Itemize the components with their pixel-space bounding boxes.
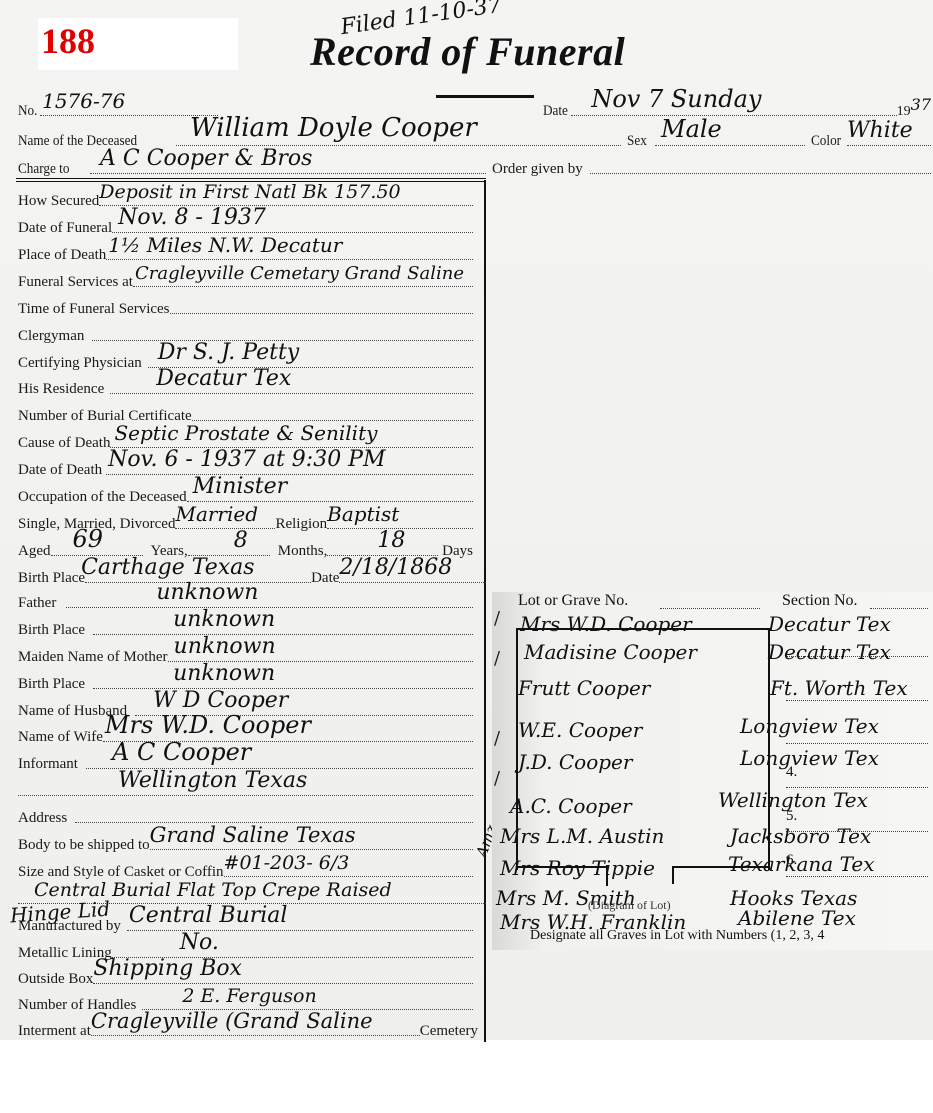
field-label: His Residence: [18, 381, 104, 398]
tick-mark: /: [494, 768, 500, 789]
order-given-by-label: Order given by: [492, 161, 590, 178]
survivor-name: Mrs Roy Tippie: [500, 856, 655, 880]
record-number-label: No.: [18, 103, 37, 120]
survivor-place: Decatur Tex: [768, 612, 891, 636]
field-label: Informant: [18, 756, 78, 773]
field-value: unknown: [173, 661, 275, 686]
field-value: Cragleyville Cemetary Grand Saline: [135, 263, 464, 284]
charge-to-value: A C Cooper & Bros: [100, 146, 312, 171]
birth-place-value: Carthage Texas: [81, 555, 255, 580]
field-value: 2 E. Ferguson: [182, 985, 316, 1007]
page-title: Record of Funeral: [310, 28, 625, 75]
field-label: Funeral Services at: [18, 274, 133, 291]
survivor-place: Jacksboro Tex: [730, 824, 871, 848]
religion-label: Religion: [275, 516, 327, 533]
field-funeral-services-at: Funeral Services at Cragleyville Cemetar…: [18, 267, 473, 291]
field-casket-size-style: Size and Style of Casket or Coffin #01-2…: [18, 857, 473, 881]
aged-months-label: Months,: [278, 543, 328, 560]
field-label: Date of Death: [18, 462, 102, 479]
field-value: Minister: [193, 474, 287, 499]
field-label: How Secured: [18, 193, 99, 210]
survivor-name: W.E. Cooper: [518, 718, 642, 742]
field-label: Father: [18, 595, 56, 612]
aged-months-value: 8: [234, 528, 248, 553]
field-body-shipped-to: Body to be shipped to Grand Saline Texas: [18, 830, 473, 854]
field-value: #01-203- 6/3: [224, 852, 350, 874]
survivor-place: Decatur Tex: [768, 640, 891, 664]
field-value: Nov. 8 - 1937: [118, 205, 266, 230]
birth-place-label: Birth Place: [18, 570, 85, 587]
aged-days-value: 18: [377, 528, 405, 553]
field-value: unknown: [156, 580, 258, 605]
section-dots: [870, 608, 928, 609]
survivor-place: Abilene Tex: [738, 906, 856, 930]
left-panel-right-border: [484, 180, 486, 1042]
diagram-of-lot-label: (Diagram of Lot): [588, 898, 671, 913]
field-value: Shipping Box: [93, 956, 242, 981]
field-value: Deposit in First Natl Bk 157.50: [99, 181, 400, 203]
section-top-rule: [16, 178, 486, 179]
field-time-of-funeral-services: Time of Funeral Services: [18, 294, 473, 318]
field-label: Address: [18, 810, 67, 827]
record-number-field: No. 1576-76: [18, 96, 218, 120]
field-value: Septic Prostate & Senility: [114, 421, 377, 445]
record-number-value: 1576-76: [42, 89, 125, 113]
birth-date-value: 2/18/1868: [339, 555, 452, 580]
field-label: Birth Place: [18, 622, 85, 639]
field-label: Name of Wife: [18, 729, 103, 746]
field-label: Time of Funeral Services: [18, 301, 170, 318]
field-value: 1½ Miles N.W. Decatur: [108, 233, 342, 257]
survivor-place: Longview Tex: [740, 746, 879, 770]
tick-mark: /: [494, 648, 500, 669]
title-divider: [436, 95, 534, 98]
field-place-of-death: Place of Death 1½ Miles N.W. Decatur: [18, 240, 473, 264]
field-value: Decatur Tex: [156, 366, 291, 391]
lot-grave-label: Lot or Grave No.: [518, 592, 628, 610]
field-value: Nov. 6 - 1937 at 9:30 PM: [108, 447, 385, 472]
survivor-place: Wellington Tex: [718, 788, 868, 812]
field-value: Central Burial: [129, 903, 288, 928]
field-value: Grand Saline Texas: [150, 823, 356, 847]
religion-value: Baptist: [327, 502, 399, 526]
aged-label: Aged: [18, 543, 51, 560]
tick-mark: /: [494, 608, 500, 629]
field-label: Place of Death: [18, 247, 106, 264]
section-label: Section No.: [782, 592, 858, 610]
interment-suffix: Cemetery: [420, 1023, 478, 1040]
section-line-2: [786, 700, 928, 701]
field-label: Outside Box: [18, 971, 93, 988]
field-metallic-lining: Metallic Lining No.: [18, 938, 473, 962]
interment-value: Cragleyville (Grand Saline: [91, 1009, 373, 1033]
field-value: Dr S. J. Petty: [158, 340, 299, 365]
birth-date-label: Date: [311, 570, 339, 587]
page-number: 188: [41, 20, 95, 62]
field-value: unknown: [174, 634, 276, 659]
field-value: unknown: [173, 607, 275, 632]
color-value: White: [847, 118, 913, 143]
survivor-place: Texarkana Tex: [728, 852, 875, 876]
interment-label: Interment at: [18, 1023, 91, 1040]
field-his-residence: His Residence Decatur Tex: [18, 374, 473, 398]
survivor-name: A.C. Cooper: [510, 794, 632, 818]
section-line-3: [786, 743, 928, 744]
field-label: Occupation of the Deceased: [18, 489, 187, 506]
survivor-name: Madisine Cooper: [524, 640, 697, 664]
page-number-badge: 188: [38, 18, 238, 70]
field-label: Date of Funeral: [18, 220, 112, 237]
field-value: No.: [180, 930, 219, 955]
lot-grave-dots: [660, 608, 760, 609]
deceased-name-value: William Doyle Cooper: [190, 113, 477, 143]
record-year-suffix: 37: [911, 95, 931, 114]
charge-to-label: Charge to: [18, 161, 81, 178]
marital-value: Married: [175, 502, 258, 526]
tick-mark: /: [494, 728, 500, 749]
field-label: Maiden Name of Mother: [18, 649, 168, 666]
field-value: Mrs W.D. Cooper: [105, 711, 311, 739]
field-label: Clergyman: [18, 328, 84, 345]
survivor-place: Longview Tex: [740, 714, 879, 738]
record-date-field: Date Nov 7 Sunday 19 37: [543, 96, 931, 120]
field-interment-at: Interment at Cragleyville (Grand Saline …: [18, 1016, 478, 1040]
field-informant-line-2: Wellington Texas: [18, 776, 473, 800]
field-value: A C Cooper: [112, 738, 251, 766]
sex-label: Sex: [627, 133, 652, 150]
sex-value: Male: [661, 115, 722, 143]
designate-graves-instruction: Designate all Graves in Lot with Numbers…: [530, 928, 824, 944]
survivor-name: J.D. Cooper: [518, 750, 632, 774]
field-value: Wellington Texas: [118, 768, 307, 793]
field-value: W D Cooper: [153, 688, 288, 713]
section-line-6: [786, 876, 928, 877]
field-label: Certifying Physician: [18, 355, 142, 372]
lot-box-notch-right: [672, 866, 674, 884]
field-label: Cause of Death: [18, 435, 110, 452]
survivor-name: Mrs L.M. Austin: [500, 824, 664, 848]
charge-row: Charge to A C Cooper & Bros Order given …: [18, 154, 931, 178]
survivor-place: Ft. Worth Tex: [770, 676, 908, 700]
field-label: Birth Place: [18, 676, 85, 693]
aged-years-value: 69: [73, 525, 104, 553]
color-label: Color: [811, 133, 843, 150]
record-date-label: Date: [543, 103, 568, 120]
field-label: Body to be shipped to: [18, 837, 150, 854]
survivor-name: Frutt Cooper: [518, 676, 650, 700]
record-date-value: Nov 7 Sunday: [591, 85, 761, 113]
survivor-name: Mrs W.D. Cooper: [520, 612, 692, 636]
